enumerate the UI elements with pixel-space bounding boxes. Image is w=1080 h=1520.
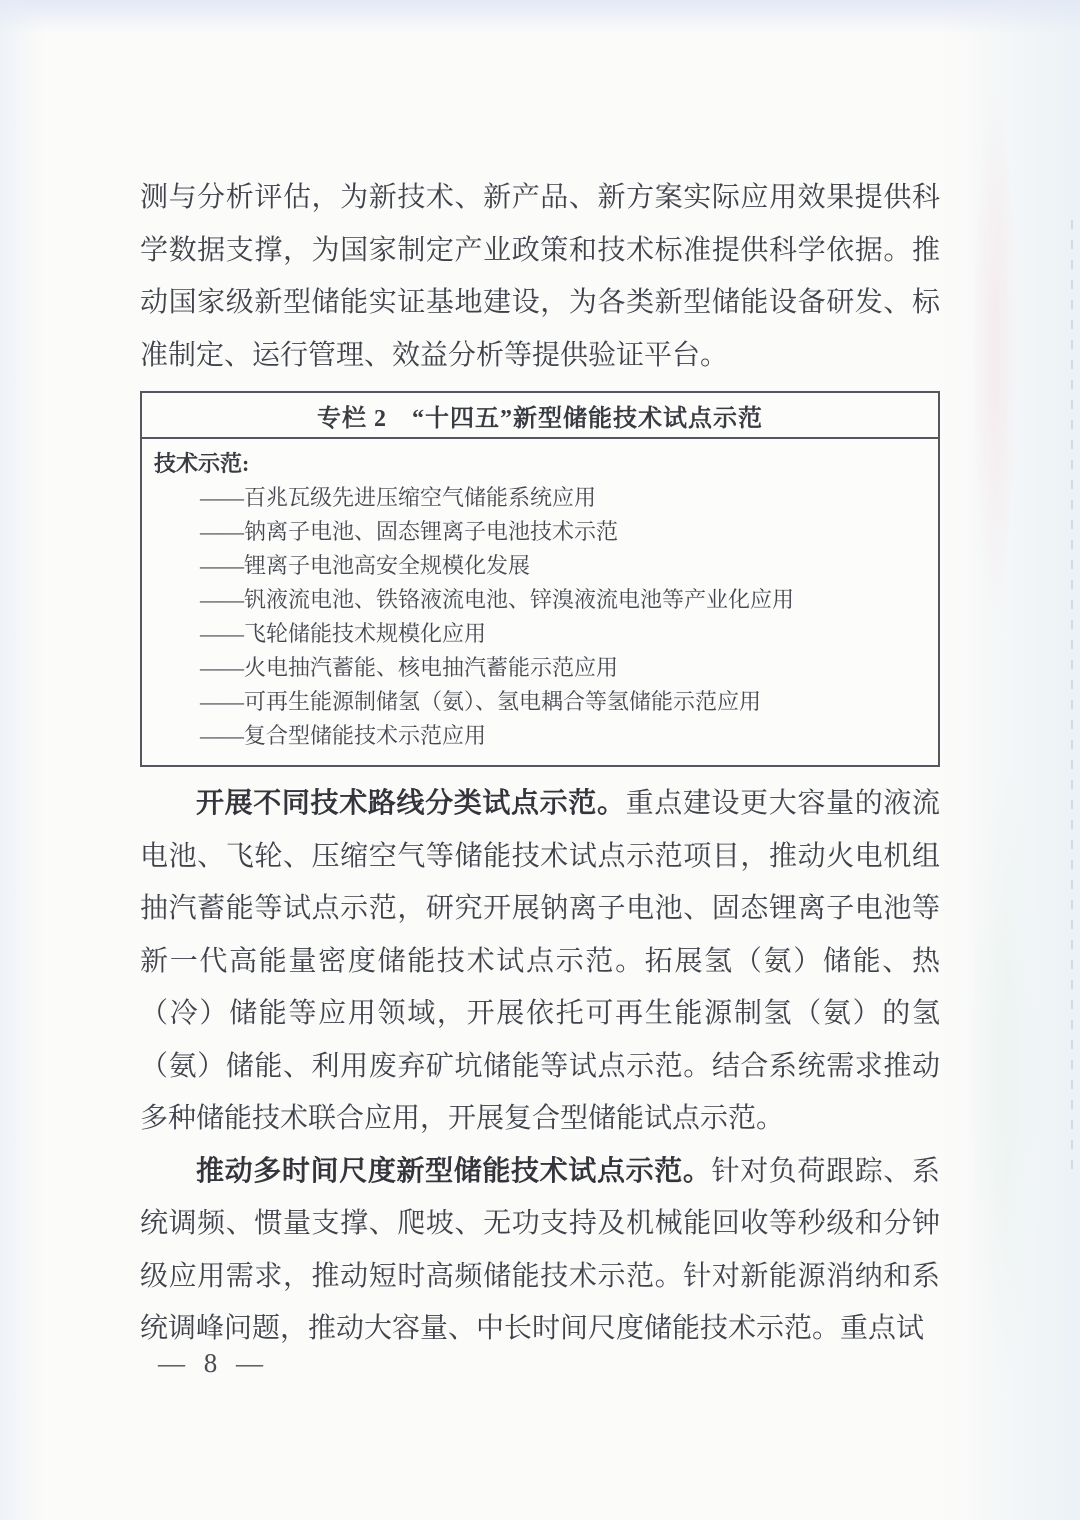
list-item: ——飞轮储能技术规模化应用 <box>154 617 924 651</box>
column-box-body: 技术示范: ——百兆瓦级先进压缩空气储能系统应用 ——钠离子电池、固态锂离子电池… <box>142 439 938 765</box>
paragraph-body-text: 重点建设更大容量的液流电池、飞轮、压缩空气等储能技术试点示范项目，推动火电机组抽… <box>140 788 940 1134</box>
list-item: ——火电抽汽蓄能、核电抽汽蓄能示范应用 <box>154 651 924 685</box>
list-item: ——钠离子电池、固态锂离子电池技术示范 <box>154 515 924 549</box>
column-box-section-label: 技术示范: <box>154 447 924 481</box>
column-box-title: 专栏 2 “十四五”新型储能技术试点示范 <box>317 398 763 433</box>
paragraph-continuation: 测与分析评估，为新技术、新产品、新方案实际应用效果提供科学数据支撑，为国家制定产… <box>140 172 940 382</box>
document-content: 测与分析评估，为新技术、新产品、新方案实际应用效果提供科学数据支撑，为国家制定产… <box>140 0 940 1356</box>
page-number: — 8 — <box>158 1348 269 1379</box>
scan-streak-pink <box>972 70 1018 630</box>
list-item: ——百兆瓦级先进压缩空气储能系统应用 <box>154 481 924 515</box>
paragraph-classified-pilots: 开展不同技术路线分类试点示范。重点建设更大容量的液流电池、飞轮、压缩空气等储能技… <box>140 778 940 1146</box>
scan-tint-left <box>0 0 44 1520</box>
scanned-document-page: 测与分析评估，为新技术、新产品、新方案实际应用效果提供科学数据支撑，为国家制定产… <box>0 0 1080 1520</box>
scan-streak-green <box>970 760 1040 1380</box>
list-item: ——钒液流电池、铁铬液流电池、锌溴液流电池等产业化应用 <box>154 583 924 617</box>
list-item: ——复合型储能技术示范应用 <box>154 719 924 753</box>
scan-edge-dashed-line <box>1071 220 1073 1180</box>
list-item: ——锂离子电池高安全规模化发展 <box>154 549 924 583</box>
column-box-header: 专栏 2 “十四五”新型储能技术试点示范 <box>142 393 938 439</box>
column-box-2: 专栏 2 “十四五”新型储能技术试点示范 技术示范: ——百兆瓦级先进压缩空气储… <box>140 391 940 767</box>
paragraph-lead-bold: 开展不同技术路线分类试点示范。 <box>196 788 626 819</box>
list-item: ——可再生能源制储氢（氨）、氢电耦合等氢储能示范应用 <box>154 685 924 719</box>
paragraph-lead-bold: 推动多时间尺度新型储能技术试点示范。 <box>196 1156 712 1187</box>
paragraph-multi-timescale: 推动多时间尺度新型储能技术试点示范。针对负荷跟踪、系统调频、惯量支撑、爬坡、无功… <box>140 1146 940 1356</box>
